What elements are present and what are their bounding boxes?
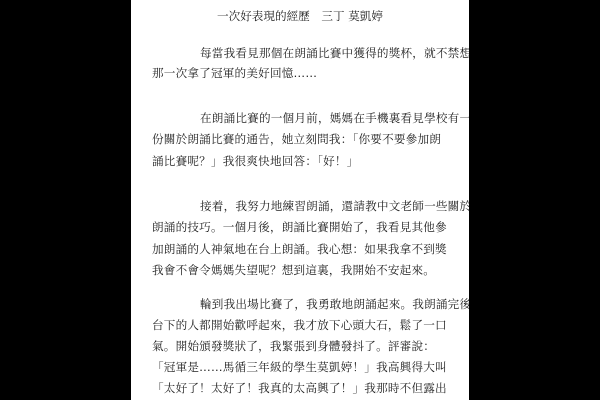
paragraph-2-line-1: 在朗誦比賽的一個月前，媽媽在手機裏看見學校有一 — [200, 111, 469, 125]
document-title: 一次好表現的經歷 三丁 莫凱婷 — [131, 9, 469, 23]
paragraph-1-line-1: 每當我看見那個在朗誦比賽中獲得的獎杯，就不禁想起 — [200, 46, 469, 60]
paragraph-4-line-4: 「冠軍是……馬循三年級的學生莫凱婷！」我高興得大叫 — [152, 360, 447, 374]
paragraph-4-line-2: 台下的人都開始歡呼起來，我才放下心頭大石，鬆了一口 — [152, 318, 447, 332]
paragraph-3-line-3: 加朗誦的人神氣地在台上朗誦。我心想：如果我拿不到獎 — [152, 242, 447, 256]
paragraph-4-line-1: 輪到我出場比賽了，我勇敢地朗誦起來。我朗誦完後， — [200, 297, 469, 311]
paragraph-1-line-2: 那一次拿了冠軍的美好回憶…… — [152, 66, 317, 80]
document-page: 一次好表現的經歷 三丁 莫凱婷 每當我看見那個在朗誦比賽中獲得的獎杯，就不禁想起… — [131, 0, 469, 400]
paragraph-3-line-1: 接着，我努力地練習朗誦，還請教中文老師一些關於 — [200, 199, 469, 213]
paragraph-2-line-3: 誦比賽呢？」我很爽快地回答：「好！」 — [152, 154, 359, 168]
paragraph-3-line-2: 朗誦的技巧。一個月後，朗誦比賽開始了，我看見其他參 — [152, 220, 447, 234]
paragraph-2-line-2: 份關於朗誦比賽的通告，她立刻問我：「你要不要參加朗 — [152, 132, 441, 146]
paragraph-3-line-4: 我會不會令媽媽失望呢？想到這裏，我開始不安起來。 — [152, 263, 435, 277]
paragraph-4-line-5: 「太好了！太好了！我真的太高興了！」我那時不但露出 — [152, 381, 447, 395]
paragraph-4-line-3: 氣。開始頒發獎狀了，我緊張到身體發抖了。評審說： — [152, 339, 435, 353]
